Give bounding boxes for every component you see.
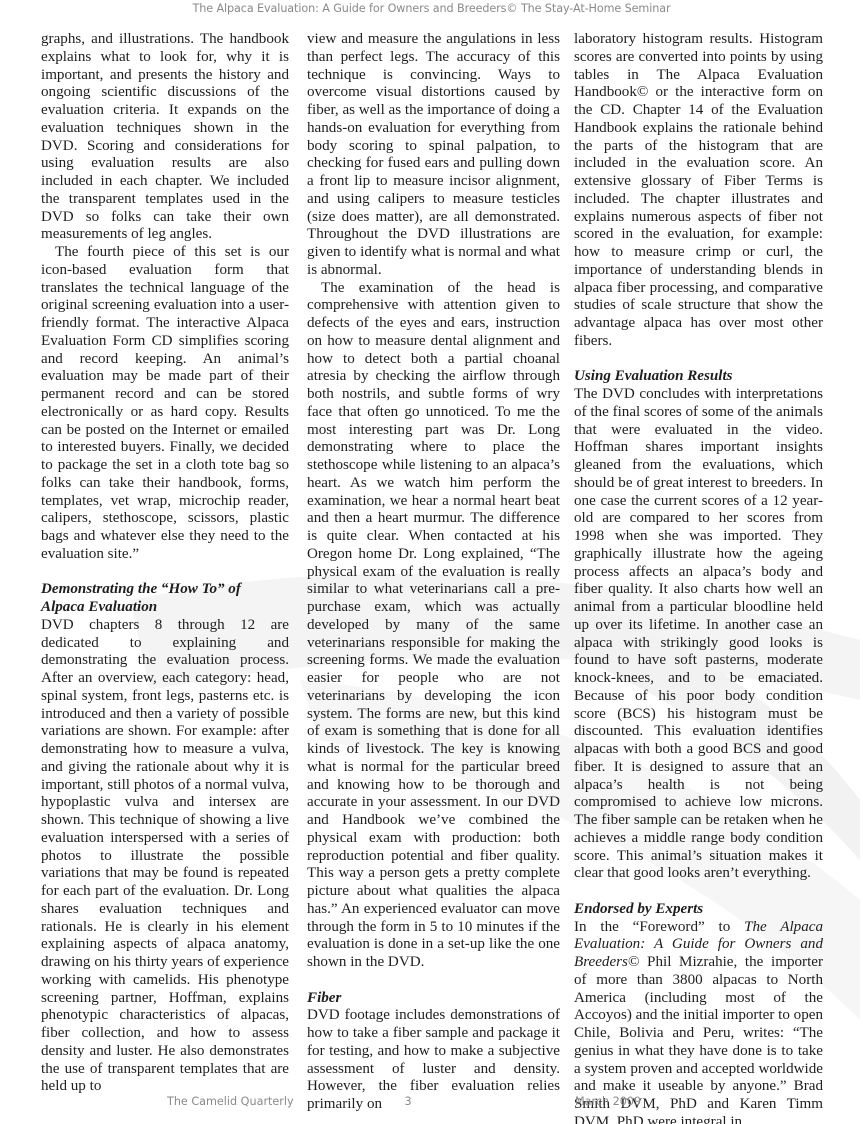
article-column-2: view and measure the angulations in less…	[307, 31, 560, 1114]
running-header: The Alpaca Evaluation: A Guide for Owner…	[0, 2, 863, 15]
paragraph: The examination of the head is comprehen…	[307, 280, 560, 972]
article-column-3: laboratory histogram results. Histogram …	[574, 31, 823, 1124]
paragraph: graphs, and illustrations. The handbook …	[41, 31, 289, 244]
paragraph: laboratory histogram results. Histogram …	[574, 31, 823, 351]
section-heading-fiber: Fiber	[307, 990, 560, 1008]
paragraph: The DVD concludes with interpretations o…	[574, 386, 823, 883]
article-column-1: graphs, and illustrations. The handbook …	[41, 31, 289, 1096]
paragraph: The fourth piece of this set is our icon…	[41, 244, 289, 564]
paragraph: DVD footage includes demonstrations of h…	[307, 1007, 560, 1114]
section-heading-line: Demonstrating the “How To” of	[41, 581, 241, 597]
paragraph: DVD chapters 8 through 12 are dedicated …	[41, 617, 289, 1096]
paragraph: In the “Foreword” to The Alpaca Evaluati…	[574, 919, 823, 1124]
page-number: 3	[383, 1095, 433, 1108]
paragraph: view and measure the angulations in less…	[307, 31, 560, 280]
text-run: In the “Foreword” to	[574, 919, 744, 935]
section-heading-line: Alpaca Evaluation	[41, 599, 157, 615]
footer-publication: The Camelid Quarterly	[167, 1095, 294, 1108]
footer-date: March 2009	[575, 1095, 641, 1108]
section-heading-how-to: Demonstrating the “How To” of Alpaca Eva…	[41, 581, 289, 617]
section-heading-endorsed: Endorsed by Experts	[574, 901, 823, 919]
section-heading-using-results: Using Evaluation Results	[574, 368, 823, 386]
